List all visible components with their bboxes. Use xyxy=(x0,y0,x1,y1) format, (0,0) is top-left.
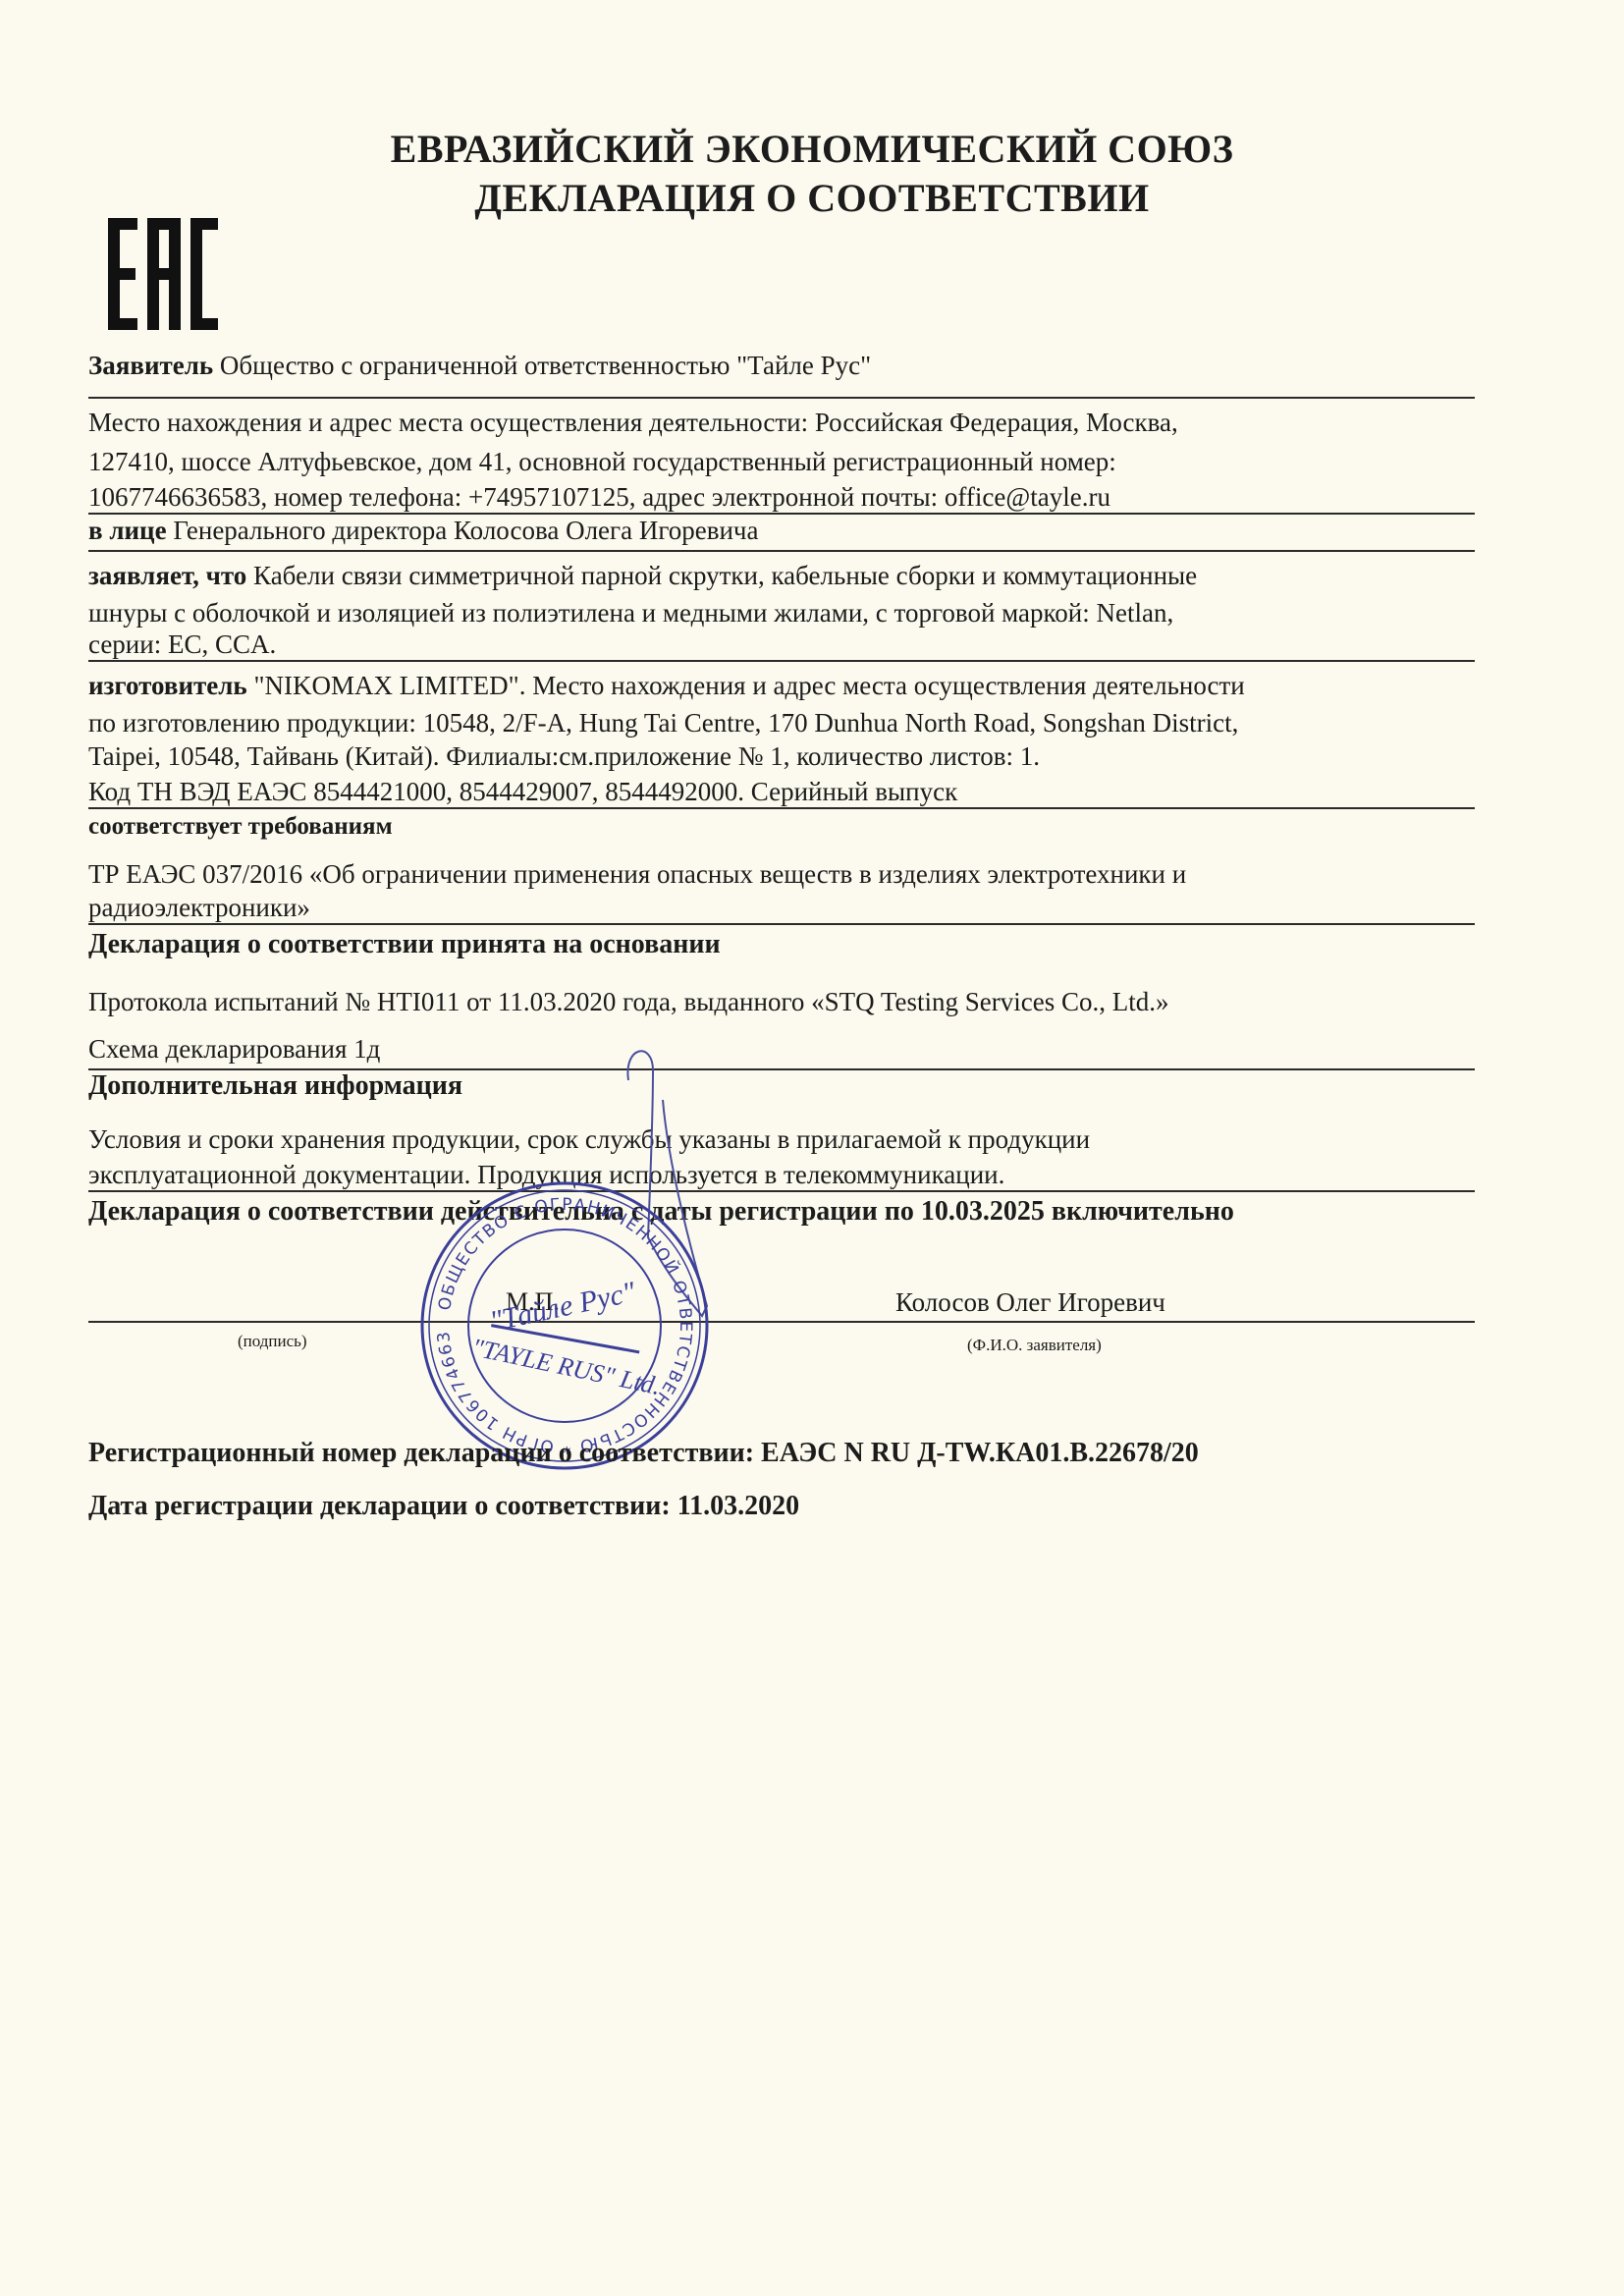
represented-by-label: в лице xyxy=(88,516,167,545)
union-title: ЕВРАЗИЙСКИЙ ЭКОНОМИЧЕСКИЙ СОЮЗ xyxy=(0,126,1624,172)
applicant-row: Заявитель Общество с ограниченной ответс… xyxy=(88,346,871,385)
basis-protocol: Протокола испытаний № HTI011 от 11.03.20… xyxy=(88,982,1168,1021)
address-line-1: Место нахождения и адрес места осуществл… xyxy=(88,403,1178,442)
applicant-value: Общество с ограниченной ответственностью… xyxy=(213,351,871,380)
document-title: ДЕКЛАРАЦИЯ О СООТВЕТСТВИИ xyxy=(0,175,1624,221)
manufacturer-line-1: изготовитель "NIKOMAX LIMITED". Место на… xyxy=(88,666,1245,705)
manufacturer-text: "NIKOMAX LIMITED". Место нахождения и ад… xyxy=(247,671,1245,700)
represented-by-row: в лице Генерального директора Колосова О… xyxy=(88,511,759,550)
svg-text:"TAYLE RUS" Ltd.: "TAYLE RUS" Ltd. xyxy=(469,1333,663,1400)
declares-label: заявляет, что xyxy=(88,561,246,590)
declares-line-1: заявляет, что Кабели связи симметричной … xyxy=(88,556,1197,595)
signature-caption: (подпись) xyxy=(238,1322,307,1361)
divider xyxy=(88,550,1475,552)
address-line-2: 127410, шоссе Алтуфьевское, дом 41, осно… xyxy=(88,442,1116,481)
basis-scheme: Схема декларирования 1д xyxy=(88,1029,380,1068)
divider xyxy=(88,660,1475,662)
manufacturer-label: изготовитель xyxy=(88,671,247,700)
manufacturer-line-4: Код ТН ВЭД ЕАЭС 8544421000, 8544429007, … xyxy=(88,772,957,811)
eac-mark-icon xyxy=(108,218,218,330)
applicant-label: Заявитель xyxy=(88,351,213,380)
registration-number: Регистрационный номер декларации о соотв… xyxy=(88,1434,1199,1473)
applicant-name-caption: (Ф.И.О. заявителя) xyxy=(967,1326,1102,1365)
applicant-name: Колосов Олег Игоревич xyxy=(895,1283,1165,1322)
declares-text: Кабели связи симметричной парной скрутки… xyxy=(246,561,1197,590)
company-stamp: ОБЩЕСТВО С ОГРАНИЧЕННОЙ ОТВЕТСТВЕННОСТЬЮ… xyxy=(417,1178,712,1473)
divider xyxy=(88,397,1475,399)
manufacturer-line-3: Taipei, 10548, Тайвань (Китай). Филиалы:… xyxy=(88,737,1040,776)
additional-heading: Дополнительная информация xyxy=(88,1066,462,1106)
basis-heading: Декларация о соответствии принята на осн… xyxy=(88,925,721,964)
declares-line-3: серии: EC, CCA. xyxy=(88,625,276,664)
registration-date: Дата регистрации декларации о соответств… xyxy=(88,1487,799,1526)
requirements-heading: соответствует требованиям xyxy=(88,807,393,847)
requirements-line-2: радиоэлектроники» xyxy=(88,888,310,927)
additional-line-1: Условия и сроки хранения продукции, срок… xyxy=(88,1120,1090,1159)
represented-by-value: Генерального директора Колосова Олега Иг… xyxy=(167,516,759,545)
